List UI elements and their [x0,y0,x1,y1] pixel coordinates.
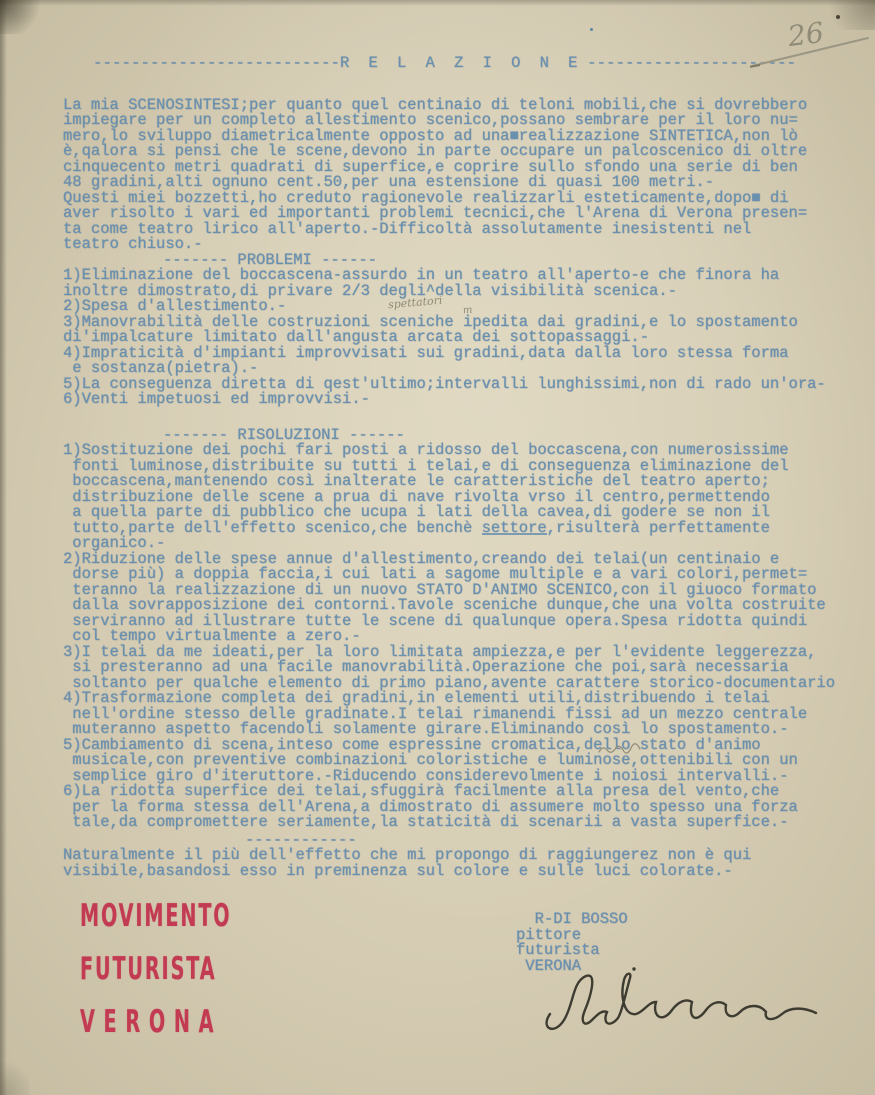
pencil-squiggle-annotation [598,743,642,755]
problemi-list: 1)Eliminazione del boccascena-assurdo in… [63,268,863,408]
scan-edge-shadow-left [0,0,7,1095]
risoluzioni-list: 1)Sostituzione dei pochi fari posti a ri… [63,443,863,831]
scan-corner-shadow-top-left [0,0,46,34]
stamp-line-verona: VERONA [80,1007,232,1038]
page-title: R E L A Z I O N E [340,54,587,72]
scan-corner-shadow-bottom-left [0,1055,30,1095]
handwritten-signature [538,952,828,1052]
ink-speck-top-right [836,15,840,19]
document-title-line: --------------------------R E L A Z I O … [93,56,863,72]
settore-underline [482,533,547,535]
title-left-dashes: -------------------------- [93,54,340,72]
stamp-line-futurista: FUTURISTA [80,954,232,985]
ink-speck-above-title [590,28,593,31]
pencil-underline-stroke [750,34,872,70]
pencil-annotation-correction-m: m [463,305,473,317]
closing-paragraph: Naturalmente il più dell'effetto che mi … [63,848,863,879]
typed-content: --------------------------R E L A Z I O … [63,56,863,879]
scanned-document-page: --------------------------R E L A Z I O … [0,0,875,1095]
intro-paragraph: La mia SCENOSINTESI;per quanto quel cent… [63,98,863,253]
stamp-line-movimento: MOVIMENTO [80,901,232,932]
scan-corner-shadow-top-right [815,0,875,30]
scan-edge-shadow-top [0,0,875,6]
futurist-stamp: MOVIMENTO FUTURISTA VERONA [80,901,324,1060]
